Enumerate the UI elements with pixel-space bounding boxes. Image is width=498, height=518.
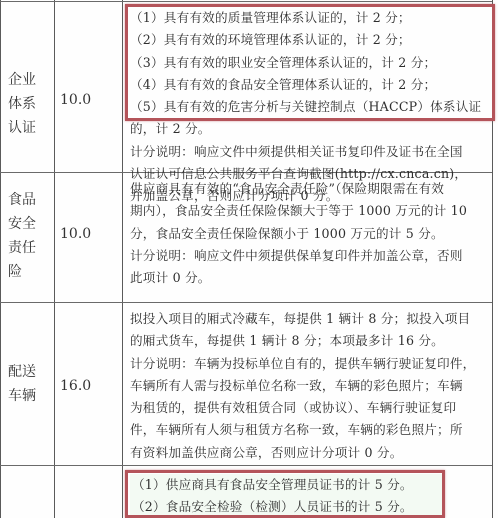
criteria-line: 供应商具有有效的“食品安全责任险”（保险期限需在有效	[130, 178, 492, 200]
category-line: 责任	[8, 236, 52, 260]
row-divider-3	[0, 465, 492, 466]
criteria-line: 的厢式货车，每提供 1 辆计 8 分；本项最多计 16 分。	[130, 330, 492, 352]
criteria-line: 计分说明：响应文件中须提供相关证书复印件及证书在全国	[130, 141, 492, 163]
column-divider-1	[54, 0, 55, 518]
row-score: 10.0	[60, 226, 120, 242]
criteria-line: 期内），食品安全责任保险保额大于等于 1000 万元的计 10	[130, 200, 492, 222]
criteria-line: （5）具有有效的危害分析与关键控制点（HACCP）体系认证	[130, 96, 492, 118]
row-criteria-text: 拟投入项目的厢式冷藏车，每提供 1 辆计 8 分；拟投入项目 的厢式货车，每提供…	[130, 308, 492, 464]
category-line: 体系	[8, 92, 52, 116]
category-line: 企业	[8, 68, 52, 92]
criteria-line: 有资料加盖供应商公章，否则应计分项计 0 分。	[130, 442, 492, 464]
criteria-line: 为租赁的，提供有效租赁合同（或协议）、车辆行驶证复印	[130, 397, 492, 419]
row-divider-2	[0, 302, 492, 303]
scoring-table: 企业 体系 认证 10.0 （1）具有有效的质量管理体系认证的，计 2 分； （…	[0, 0, 498, 518]
criteria-line: （2）食品安全检验（检测）人员证书的计 5 分。	[132, 496, 444, 518]
criteria-line: 此项计 0 分。	[130, 267, 492, 289]
category-line: 食品	[8, 188, 52, 212]
criteria-line: 件，车辆所有人须与租赁方名称一致，车辆的彩色照片；所	[130, 419, 492, 441]
criteria-line: 的，计 2 分。	[130, 118, 492, 140]
category-line: 认证	[8, 116, 52, 140]
criteria-line: 拟投入项目的厢式冷藏车，每提供 1 辆计 8 分；拟投入项目	[130, 308, 492, 330]
criteria-line: （2）具有有效的环境管理体系认证的，计 2 分；	[130, 29, 492, 51]
row-category-food-safety-insurance: 食品 安全 责任 险	[8, 188, 52, 284]
category-line: 险	[8, 260, 52, 284]
row-category-enterprise-certification: 企业 体系 认证	[8, 68, 52, 140]
criteria-line: （3）具有有效的职业安全管理体系认证的，计 2 分；	[130, 52, 492, 74]
table-border-left	[0, 0, 1, 518]
row-criteria-text: （1）供应商具有食品安全管理员证书的计 5 分。 （2）食品安全检验（检测）人员…	[130, 474, 444, 518]
criteria-line: （1）具有有效的质量管理体系认证的，计 2 分；	[130, 7, 492, 29]
criteria-line: （4）具有有效的食品安全管理体系认证的，计 2 分；	[130, 74, 492, 96]
criteria-line: 计分说明：响应文件中须提供保单复印件并加盖公章，否则	[130, 245, 492, 267]
column-divider-2	[122, 0, 123, 518]
row-criteria-text: 供应商具有有效的“食品安全责任险”（保险期限需在有效 期内），食品安全责任保险保…	[130, 178, 492, 289]
category-line: 配送	[8, 360, 52, 384]
row-score: 10.0	[60, 92, 120, 108]
criteria-line: （1）供应商具有食品安全管理员证书的计 5 分。	[132, 474, 444, 496]
table-border-top	[0, 1, 492, 2]
row-score: 16.0	[60, 378, 120, 394]
criteria-line: 分，食品安全责任保险保额小于 1000 万元的计 5 分。	[130, 223, 492, 245]
row-category-delivery-vehicles: 配送 车辆	[8, 360, 52, 408]
category-line: 车辆	[8, 384, 52, 408]
criteria-line: 计分说明：车辆为投标单位自有的，提供车辆行驶证复印件，	[130, 353, 492, 375]
table-border-right	[492, 0, 493, 518]
criteria-line: 车辆所有人需与投标单位名称一致，车辆的彩色照片；车辆	[130, 375, 492, 397]
category-line: 安全	[8, 212, 52, 236]
